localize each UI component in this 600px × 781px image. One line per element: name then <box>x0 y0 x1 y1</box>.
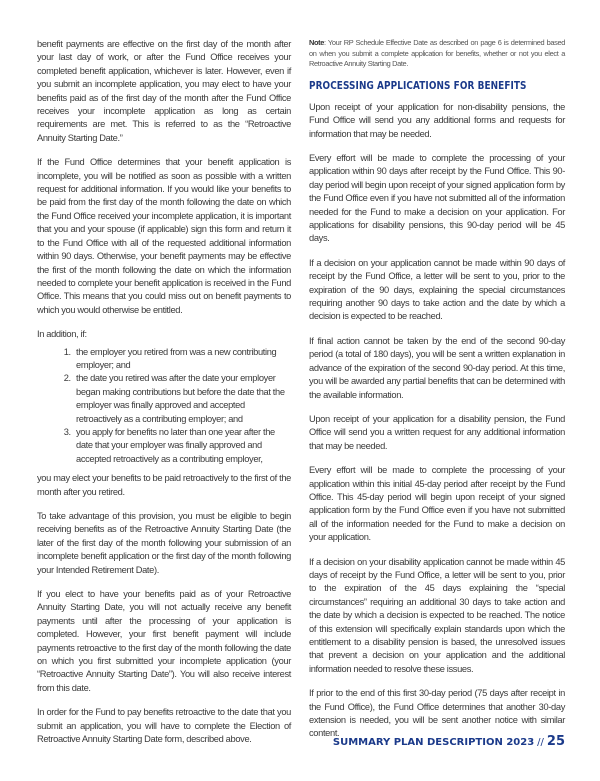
list-item: the date you retired was after the date … <box>73 372 291 426</box>
paragraph: In order for the Fund to pay benefits re… <box>37 706 291 746</box>
paragraph: If a decision on your application cannot… <box>309 257 565 324</box>
paragraph: In addition, if: <box>37 328 291 341</box>
paragraph: If prior to the end of this first 30-day… <box>309 687 565 741</box>
paragraph: Upon receipt of your application for non… <box>309 101 565 141</box>
list-item: you apply for benefits no later than one… <box>73 426 291 466</box>
paragraph: Every effort will be made to complete th… <box>309 464 565 544</box>
paragraph: benefit payments are effective on the fi… <box>37 38 291 145</box>
paragraph: If a decision on your disability applica… <box>309 556 565 677</box>
paragraph: Every effort will be made to complete th… <box>309 152 565 246</box>
paragraph: you may elect your benefits to be paid r… <box>37 472 291 499</box>
paragraph: Upon receipt of your application for a d… <box>309 413 565 453</box>
footer-title: SUMMARY PLAN DESCRIPTION 2023 <box>333 737 534 748</box>
page-number: 25 <box>547 734 565 749</box>
note: Note: Your RP Schedule Effective Date as… <box>309 38 565 70</box>
footer-separator: // <box>537 737 544 748</box>
conditions-list: the employer you retired from was a new … <box>37 346 291 467</box>
note-label: Note <box>309 38 324 47</box>
paragraph: To take advantage of this provision, you… <box>37 510 291 577</box>
left-column: benefit payments are effective on the fi… <box>37 38 291 758</box>
list-item: the employer you retired from was a new … <box>73 346 291 373</box>
page-footer: SUMMARY PLAN DESCRIPTION 2023//25 <box>333 734 565 749</box>
note-text: : Your RP Schedule Effective Date as des… <box>309 38 565 68</box>
paragraph: If final action cannot be taken by the e… <box>309 335 565 402</box>
paragraph: If the Fund Office determines that your … <box>37 156 291 317</box>
section-heading: PROCESSING APPLICATIONS FOR BENEFITS <box>309 80 524 92</box>
paragraph: If you elect to have your benefits paid … <box>37 588 291 695</box>
right-column: Note: Your RP Schedule Effective Date as… <box>309 38 565 752</box>
